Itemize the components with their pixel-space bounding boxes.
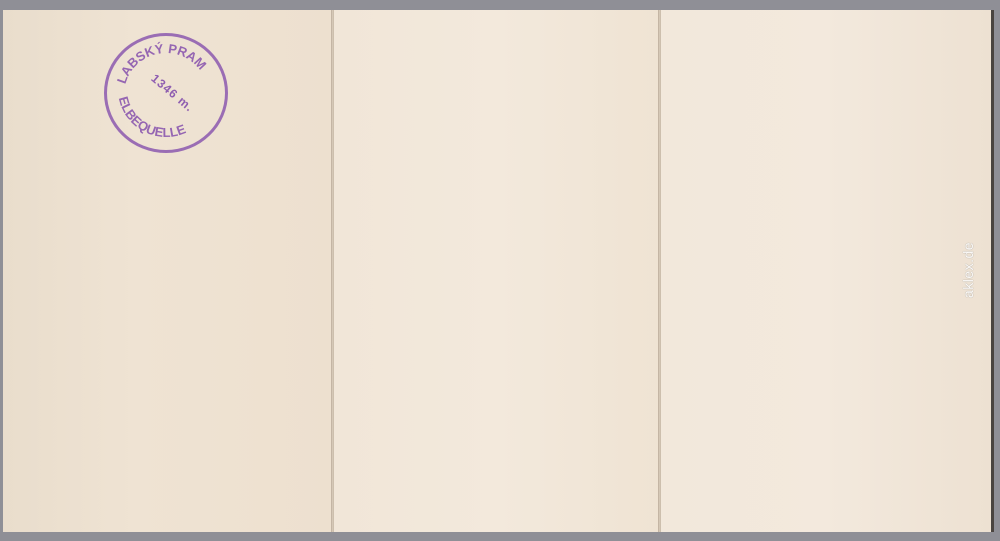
right-panel — [661, 10, 991, 532]
postal-stamp: LABSKÝ PRAM ELBEQUELLE 1346 m. — [104, 33, 228, 153]
middle-panel — [334, 10, 660, 532]
watermark: aklex.de — [960, 242, 976, 298]
card-edge — [991, 10, 994, 532]
